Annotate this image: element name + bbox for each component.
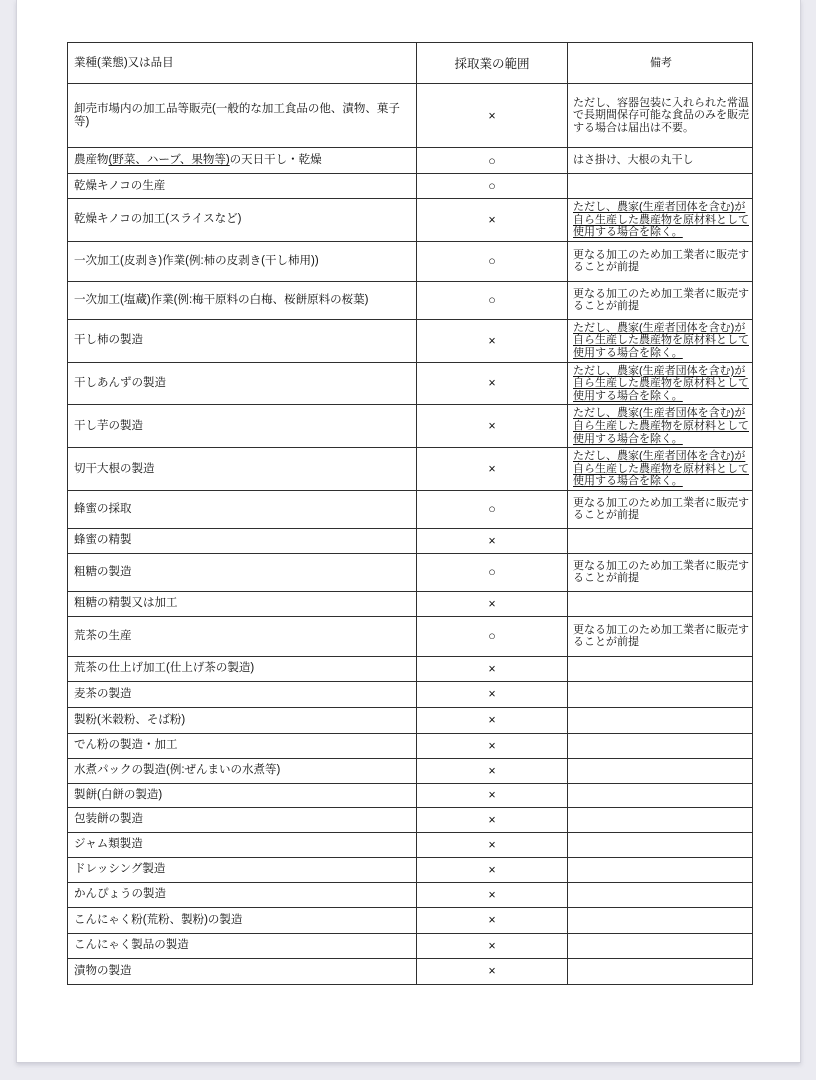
table-row: 干し芋の製造×ただし、農家(生産者団体を含む)が自ら生産した農産物を原材料として…	[68, 405, 753, 448]
not-allowed-mark: ×	[488, 739, 495, 753]
cell-text: こんにゃく粉(荒粉、製粉)の製造	[74, 914, 242, 926]
table-row: ジャム類製造×	[68, 832, 753, 857]
cell-text: 更なる加工のため加工業者に販売することが前提	[573, 288, 749, 313]
viewer-background: { "header": { "col_item": "業種(業態)又は品目", …	[0, 0, 816, 1080]
table-row: 干しあんずの製造×ただし、農家(生産者団体を含む)が自ら生産した農産物を原材料と…	[68, 362, 753, 405]
cell-text: かんぴょうの製造	[74, 888, 166, 900]
table-row: こんにゃく製品の製造×	[68, 933, 753, 958]
item-cell: かんぴょうの製造	[68, 882, 417, 907]
remark-cell	[568, 681, 753, 707]
allowed-mark: ○	[488, 502, 496, 516]
remark-cell	[568, 958, 753, 984]
cell-text: 荒茶の生産	[74, 630, 132, 642]
header-scope-column: 採取業の範囲	[417, 43, 568, 84]
scope-cell: ○	[417, 490, 568, 528]
not-allowed-mark: ×	[488, 662, 495, 676]
table-row: 包装餅の製造×	[68, 807, 753, 832]
not-allowed-mark: ×	[488, 213, 495, 227]
cell-text: 更なる加工のため加工業者に販売することが前提	[573, 497, 749, 522]
remark-cell: 更なる加工のため加工業者に販売することが前提	[568, 553, 753, 591]
allowed-mark: ○	[488, 629, 496, 643]
allowed-mark: ○	[488, 154, 496, 168]
scope-cell: ×	[417, 707, 568, 733]
item-cell: 干しあんずの製造	[68, 362, 417, 405]
cell-text: 乾燥キノコの加工(スライスなど)	[74, 213, 241, 225]
not-allowed-mark: ×	[488, 764, 495, 778]
scope-cell: ○	[417, 616, 568, 656]
cell-text: 漬物の製造	[74, 965, 132, 977]
remark-cell	[568, 907, 753, 933]
item-cell: 粗糖の製造	[68, 553, 417, 591]
table-row: 乾燥キノコの加工(スライスなど)×ただし、農家(生産者団体を含む)が自ら生産した…	[68, 199, 753, 242]
table-row: でん粉の製造・加工×	[68, 733, 753, 758]
cell-text: 粗糖の精製又は加工	[74, 597, 178, 609]
not-allowed-mark: ×	[488, 713, 495, 727]
item-cell: 切干大根の製造	[68, 448, 417, 491]
table-row: ドレッシング製造×	[68, 857, 753, 882]
cell-text: 蜂蜜の採取	[74, 503, 132, 515]
scope-cell: ×	[417, 681, 568, 707]
table-row: 干し柿の製造×ただし、農家(生産者団体を含む)が自ら生産した農産物を原材料として…	[68, 319, 753, 362]
scope-cell: ○	[417, 148, 568, 174]
not-allowed-mark: ×	[488, 913, 495, 927]
item-cell: 漬物の製造	[68, 958, 417, 984]
table-row: 切干大根の製造×ただし、農家(生産者団体を含む)が自ら生産した農産物を原材料とし…	[68, 448, 753, 491]
scope-cell: ×	[417, 362, 568, 405]
scope-cell: ×	[417, 319, 568, 362]
item-cell: 麦茶の製造	[68, 681, 417, 707]
cell-text: 荒茶の仕上げ加工(仕上げ茶の製造)	[74, 662, 254, 674]
item-cell: 水煮パックの製造(例:ぜんまいの水煮等)	[68, 758, 417, 783]
item-cell: 干し芋の製造	[68, 405, 417, 448]
cell-text: はさ掛け、大根の丸干し	[573, 154, 694, 166]
item-cell: 乾燥キノコの生産	[68, 174, 417, 199]
not-allowed-mark: ×	[488, 109, 495, 123]
table-row: 製餅(白餅の製造)×	[68, 783, 753, 807]
table-row: 漬物の製造×	[68, 958, 753, 984]
item-cell: 荒茶の仕上げ加工(仕上げ茶の製造)	[68, 656, 417, 681]
allowed-mark: ○	[488, 565, 496, 579]
item-cell: 蜂蜜の精製	[68, 528, 417, 553]
table-body: 卸売市場内の加工品等販売(一般的な加工食品の他、漬物、菓子等)×ただし、容器包装…	[68, 84, 753, 985]
underlined-text: ただし、農家(生産者団体を含む)が自ら生産した農産物を原材料として使用する場合を…	[573, 201, 749, 238]
scope-cell: ×	[417, 448, 568, 491]
remark-cell	[568, 528, 753, 553]
item-cell: こんにゃく粉(荒粉、製粉)の製造	[68, 907, 417, 933]
table-row: 卸売市場内の加工品等販売(一般的な加工食品の他、漬物、菓子等)×ただし、容器包装…	[68, 84, 753, 148]
table-row: 乾燥キノコの生産○	[68, 174, 753, 199]
table-row: 一次加工(皮剥き)作業(例:柿の皮剥き(干し柿用))○更なる加工のため加工業者に…	[68, 241, 753, 281]
remark-cell: はさ掛け、大根の丸干し	[568, 148, 753, 174]
table-row: 農産物(野菜、ハーブ、果物等)の天日干し・乾燥○はさ掛け、大根の丸干し	[68, 148, 753, 174]
remark-cell	[568, 733, 753, 758]
remark-cell: 更なる加工のため加工業者に販売することが前提	[568, 241, 753, 281]
table-row: 一次加工(塩蔵)作業(例:梅干原料の白梅、桜餅原料の桜葉)○更なる加工のため加工…	[68, 281, 753, 319]
cell-text: 更なる加工のため加工業者に販売することが前提	[573, 624, 749, 649]
remark-cell: ただし、農家(生産者団体を含む)が自ら生産した農産物を原材料として使用する場合を…	[568, 319, 753, 362]
cell-text: 製餅(白餅の製造)	[74, 789, 162, 801]
remark-cell: ただし、農家(生産者団体を含む)が自ら生産した農産物を原材料として使用する場合を…	[568, 405, 753, 448]
cell-text: 一次加工(皮剥き)作業(例:柿の皮剥き(干し柿用))	[74, 255, 319, 267]
item-cell: でん粉の製造・加工	[68, 733, 417, 758]
table-row: 水煮パックの製造(例:ぜんまいの水煮等)×	[68, 758, 753, 783]
cell-text: 更なる加工のため加工業者に販売することが前提	[573, 560, 749, 585]
remark-cell	[568, 758, 753, 783]
remark-cell	[568, 707, 753, 733]
cell-text: 製粉(米穀粉、そば粉)	[74, 714, 185, 726]
scope-cell: ○	[417, 281, 568, 319]
remark-cell	[568, 857, 753, 882]
remark-cell	[568, 882, 753, 907]
header-row: 業種(業態)又は品目 採取業の範囲 備考	[68, 43, 753, 84]
item-cell: 一次加工(塩蔵)作業(例:梅干原料の白梅、桜餅原料の桜葉)	[68, 281, 417, 319]
not-allowed-mark: ×	[488, 419, 495, 433]
cell-text: 干しあんずの製造	[74, 377, 166, 389]
item-cell: 一次加工(皮剥き)作業(例:柿の皮剥き(干し柿用))	[68, 241, 417, 281]
item-cell: 乾燥キノコの加工(スライスなど)	[68, 199, 417, 242]
table-row: かんぴょうの製造×	[68, 882, 753, 907]
table-row: 荒茶の仕上げ加工(仕上げ茶の製造)×	[68, 656, 753, 681]
not-allowed-mark: ×	[488, 462, 495, 476]
scope-cell: ×	[417, 882, 568, 907]
scope-cell: ×	[417, 528, 568, 553]
remark-cell: 更なる加工のため加工業者に販売することが前提	[568, 616, 753, 656]
item-cell: 干し柿の製造	[68, 319, 417, 362]
cell-text: 干し芋の製造	[74, 420, 143, 432]
cell-text: でん粉の製造・加工	[74, 739, 178, 751]
cell-text: 乾燥キノコの生産	[74, 180, 165, 192]
not-allowed-mark: ×	[488, 888, 495, 902]
scope-cell: ×	[417, 405, 568, 448]
remark-cell	[568, 832, 753, 857]
collection-business-table: 業種(業態)又は品目 採取業の範囲 備考 卸売市場内の加工品等販売(一般的な加工…	[67, 42, 753, 985]
scope-cell: ○	[417, 553, 568, 591]
header-remarks-column: 備考	[568, 43, 753, 84]
not-allowed-mark: ×	[488, 687, 495, 701]
not-allowed-mark: ×	[488, 939, 495, 953]
cell-text: ジャム類製造	[74, 838, 143, 850]
scope-cell: ×	[417, 958, 568, 984]
scope-cell: ×	[417, 656, 568, 681]
cell-text: 粗糖の製造	[74, 566, 132, 578]
document-page: 業種(業態)又は品目 採取業の範囲 備考 卸売市場内の加工品等販売(一般的な加工…	[16, 0, 801, 1063]
scope-cell: ×	[417, 733, 568, 758]
scope-cell: ×	[417, 758, 568, 783]
allowed-mark: ○	[488, 254, 496, 268]
item-cell: 荒茶の生産	[68, 616, 417, 656]
remark-cell	[568, 591, 753, 616]
not-allowed-mark: ×	[488, 838, 495, 852]
cell-text: 包装餅の製造	[74, 813, 143, 825]
scope-cell: ○	[417, 174, 568, 199]
cell-text: 麦茶の製造	[74, 688, 132, 700]
remark-cell: ただし、容器包装に入れられた常温で長期間保存可能な食品のみを販売する場合は届出は…	[568, 84, 753, 148]
cell-text: 干し柿の製造	[74, 334, 143, 346]
cell-text: 水煮パックの製造(例:ぜんまいの水煮等)	[74, 764, 280, 776]
cell-text: こんにゃく製品の製造	[74, 939, 189, 951]
remark-cell: ただし、農家(生産者団体を含む)が自ら生産した農産物を原材料として使用する場合を…	[568, 199, 753, 242]
cell-text: 切干大根の製造	[74, 463, 155, 475]
scope-cell: ×	[417, 84, 568, 148]
not-allowed-mark: ×	[488, 813, 495, 827]
scope-cell: ×	[417, 783, 568, 807]
remark-cell: ただし、農家(生産者団体を含む)が自ら生産した農産物を原材料として使用する場合を…	[568, 448, 753, 491]
not-allowed-mark: ×	[488, 788, 495, 802]
table-row: こんにゃく粉(荒粉、製粉)の製造×	[68, 907, 753, 933]
scope-cell: ×	[417, 832, 568, 857]
item-cell: ジャム類製造	[68, 832, 417, 857]
cell-text: ドレッシング製造	[74, 863, 165, 875]
item-cell: 農産物(野菜、ハーブ、果物等)の天日干し・乾燥	[68, 148, 417, 174]
table-row: 製粉(米穀粉、そば粉)×	[68, 707, 753, 733]
remark-cell	[568, 783, 753, 807]
underlined-text: (野菜、ハーブ、果物等)	[109, 154, 230, 166]
remark-cell	[568, 174, 753, 199]
allowed-mark: ○	[488, 179, 496, 193]
remark-cell	[568, 933, 753, 958]
scope-cell: ×	[417, 807, 568, 832]
item-cell: 卸売市場内の加工品等販売(一般的な加工食品の他、漬物、菓子等)	[68, 84, 417, 148]
cell-text: の天日干し・乾燥	[230, 154, 322, 166]
table-row: 粗糖の精製又は加工×	[68, 591, 753, 616]
scope-cell: ×	[417, 857, 568, 882]
scope-cell: ×	[417, 933, 568, 958]
scope-cell: ×	[417, 907, 568, 933]
table-header: 業種(業態)又は品目 採取業の範囲 備考	[68, 43, 753, 84]
item-cell: 製餅(白餅の製造)	[68, 783, 417, 807]
table-row: 麦茶の製造×	[68, 681, 753, 707]
item-cell: 製粉(米穀粉、そば粉)	[68, 707, 417, 733]
item-cell: こんにゃく製品の製造	[68, 933, 417, 958]
table-row: 蜂蜜の精製×	[68, 528, 753, 553]
header-item-column: 業種(業態)又は品目	[68, 43, 417, 84]
cell-text: ただし、容器包装に入れられた常温で長期間保存可能な食品のみを販売する場合は届出は…	[573, 97, 749, 134]
item-cell: 包装餅の製造	[68, 807, 417, 832]
underlined-text: ただし、農家(生産者団体を含む)が自ら生産した農産物を原材料として使用する場合を…	[573, 322, 749, 359]
cell-text: 一次加工(塩蔵)作業(例:梅干原料の白梅、桜餅原料の桜葉)	[74, 294, 369, 306]
cell-text: 卸売市場内の加工品等販売(一般的な加工食品の他、漬物、菓子等)	[74, 103, 400, 128]
remark-cell	[568, 656, 753, 681]
remark-cell	[568, 807, 753, 832]
underlined-text: ただし、農家(生産者団体を含む)が自ら生産した農産物を原材料として使用する場合を…	[573, 365, 749, 402]
not-allowed-mark: ×	[488, 863, 495, 877]
item-cell: 粗糖の精製又は加工	[68, 591, 417, 616]
not-allowed-mark: ×	[488, 597, 495, 611]
item-cell: ドレッシング製造	[68, 857, 417, 882]
underlined-text: ただし、農家(生産者団体を含む)が自ら生産した農産物を原材料として使用する場合を…	[573, 450, 749, 487]
not-allowed-mark: ×	[488, 334, 495, 348]
remark-cell: ただし、農家(生産者団体を含む)が自ら生産した農産物を原材料として使用する場合を…	[568, 362, 753, 405]
table-row: 粗糖の製造○更なる加工のため加工業者に販売することが前提	[68, 553, 753, 591]
cell-text: 農産物	[74, 154, 109, 166]
cell-text: 更なる加工のため加工業者に販売することが前提	[573, 249, 749, 274]
allowed-mark: ○	[488, 293, 496, 307]
not-allowed-mark: ×	[488, 964, 495, 978]
scope-cell: ○	[417, 241, 568, 281]
table-row: 蜂蜜の採取○更なる加工のため加工業者に販売することが前提	[68, 490, 753, 528]
underlined-text: ただし、農家(生産者団体を含む)が自ら生産した農産物を原材料として使用する場合を…	[573, 407, 749, 444]
not-allowed-mark: ×	[488, 534, 495, 548]
scope-cell: ×	[417, 199, 568, 242]
remark-cell: 更なる加工のため加工業者に販売することが前提	[568, 281, 753, 319]
table-row: 荒茶の生産○更なる加工のため加工業者に販売することが前提	[68, 616, 753, 656]
not-allowed-mark: ×	[488, 376, 495, 390]
scope-cell: ×	[417, 591, 568, 616]
item-cell: 蜂蜜の採取	[68, 490, 417, 528]
cell-text: 蜂蜜の精製	[74, 534, 132, 546]
remark-cell: 更なる加工のため加工業者に販売することが前提	[568, 490, 753, 528]
